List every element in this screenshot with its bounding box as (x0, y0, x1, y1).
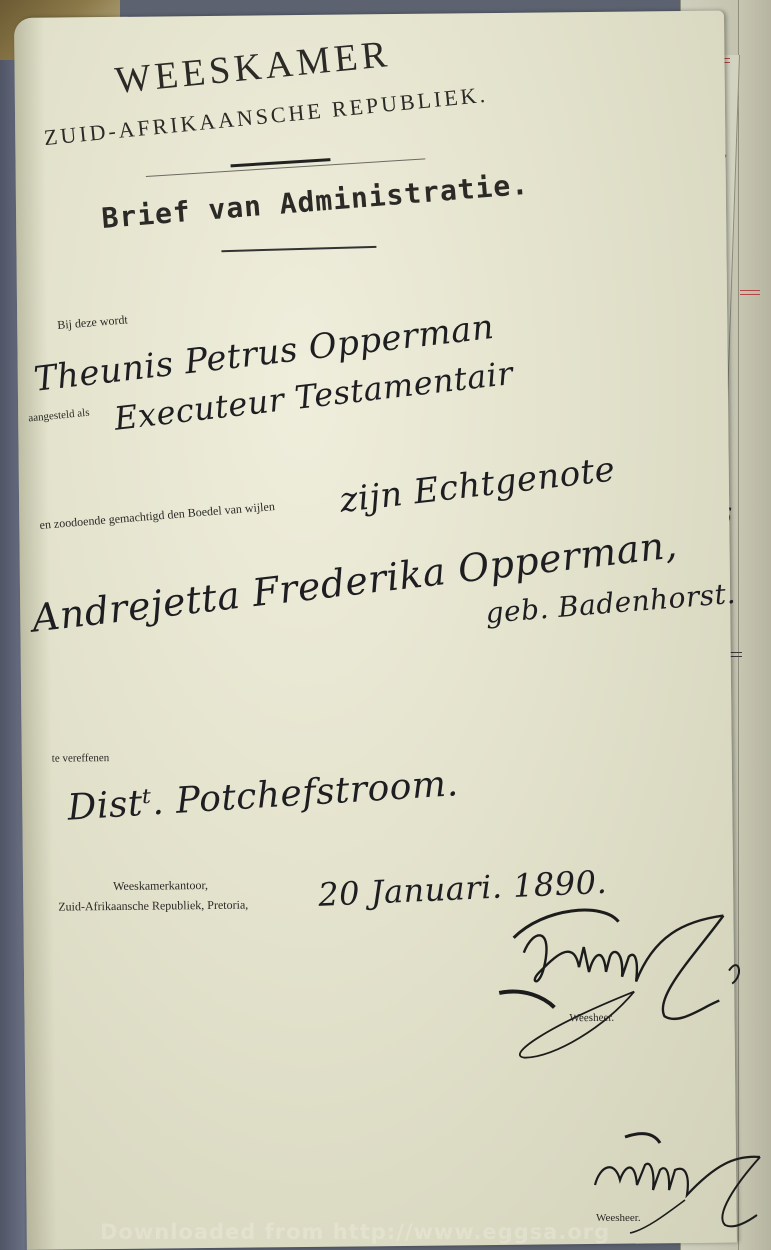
maiden-name: geb. Badenhorst. (484, 577, 737, 630)
settle-label: te vereffenen (52, 752, 110, 765)
deceased-name: Andrejetta Frederika Opperman, (30, 522, 680, 640)
watermark: Downloaded from http://www.eggsa.org (100, 1220, 610, 1244)
district: Distᵗ. Potchefstroom. (66, 763, 459, 829)
weesheer-signature-icon (483, 895, 745, 1068)
title-underline (221, 246, 376, 252)
margin-rule-red (740, 290, 760, 295)
republic-heading: ZUID-AFRIKAANSCHE REPUBLIEK. (43, 82, 489, 151)
office-line-2: Zuid-Afrikaansche Republiek, Pretoria, (58, 898, 248, 915)
intro-label: Bij deze wordt (57, 312, 129, 333)
office-line-1: Weeskamerkantoor, (113, 878, 208, 894)
relation: zijn Echtgenote (338, 449, 618, 521)
signature-title: Weesheer. (569, 1012, 614, 1024)
institution-heading: WEESKAMER (113, 32, 393, 103)
authorized-label: en zoodoende gemachtigd den Boedel van w… (39, 499, 275, 533)
document-page: WEESKAMER ZUID-AFRIKAANSCHE REPUBLIEK. B… (14, 11, 737, 1250)
document-title: Brief van Administratie. (100, 168, 530, 235)
